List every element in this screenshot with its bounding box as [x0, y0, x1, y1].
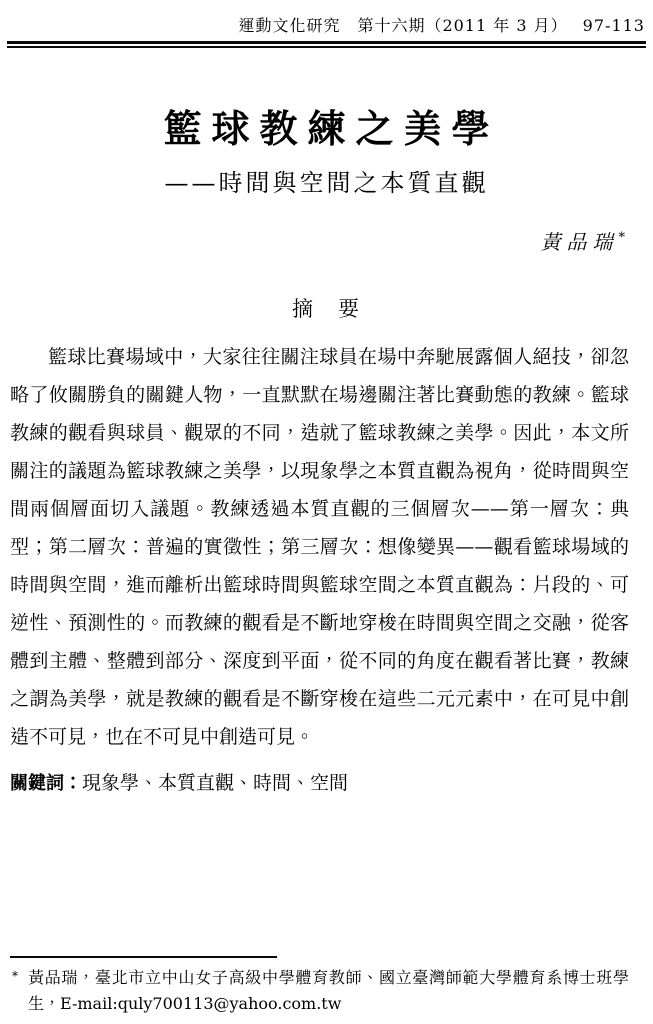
author-name: 黃品瑞 [541, 230, 619, 254]
keywords-line: 關鍵詞：現象學、本質直觀、時間、空間 [10, 768, 629, 799]
running-head: 運動文化研究 第十六期（2011 年 3 月） 97-113 [0, 0, 653, 39]
footnote-text: *黃品瑞，臺北市立中山女子高級中學體育教師、國立臺灣師範大學體育系博士班學生，E… [10, 965, 629, 1017]
article-subtitle: ——時間與空間之本質直觀 [0, 170, 653, 196]
author-line: 黃品瑞* [0, 226, 625, 255]
abstract-heading: 摘 要 [0, 293, 653, 323]
keywords-text: 現象學、本質直觀、時間、空間 [82, 772, 348, 794]
keywords-label: 關鍵詞： [10, 773, 82, 794]
article-title: 籃球教練之美學 [0, 108, 653, 150]
footnote-body: 黃品瑞，臺北市立中山女子高級中學體育教師、國立臺灣師範大學體育系博士班學生，E-… [28, 968, 629, 1013]
footnote-rule [10, 956, 277, 958]
abstract-body: 籃球比賽場域中，大家往往關注球員在場中奔馳展露個人絕技，卻忽略了攸關勝負的關鍵人… [10, 338, 629, 756]
footnote-area: *黃品瑞，臺北市立中山女子高級中學體育教師、國立臺灣師範大學體育系博士班學生，E… [10, 956, 629, 1017]
footnote-mark: * [12, 963, 18, 989]
author-footnote-mark: * [619, 231, 626, 246]
header-rule [7, 41, 646, 48]
document-page: 運動文化研究 第十六期（2011 年 3 月） 97-113 籃球教練之美學 —… [0, 0, 653, 1024]
